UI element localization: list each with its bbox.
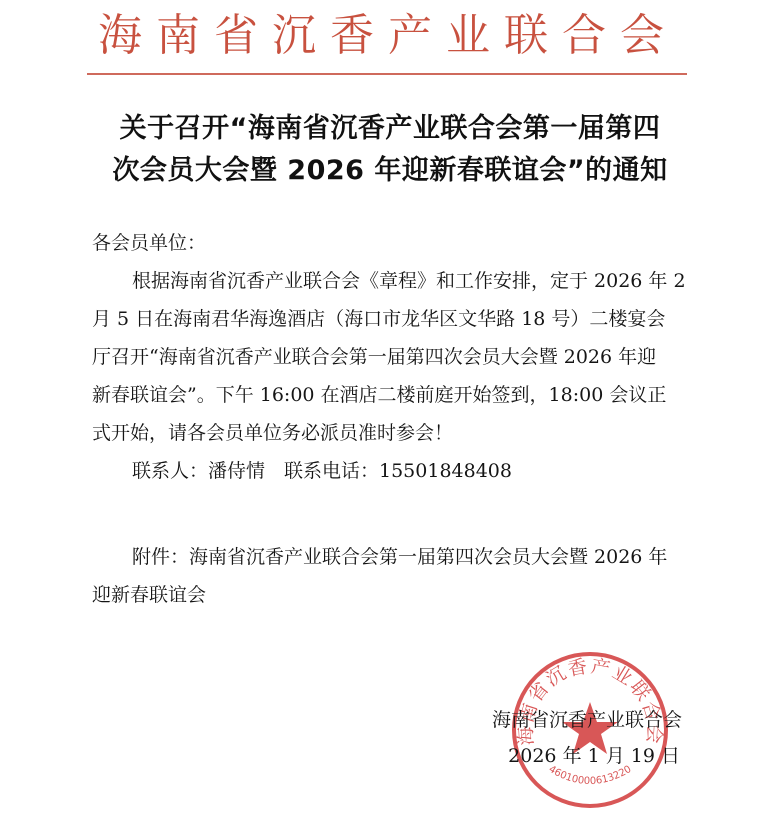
paragraph-line: 根据海南省沉香产业联合会《章程》和工作安排，定于 2026 年 2: [92, 262, 692, 300]
notice-title: 关于召开“海南省沉香产业联合会第一届第四 次会员大会暨 2026 年迎新春联谊会…: [90, 108, 690, 192]
signature-organization: 海南省沉香产业联合会: [492, 702, 682, 738]
paragraph-line: 式开始，请各会员单位务必派员准时参会！: [92, 414, 692, 452]
contact-line: 联系人：潘侍情 联系电话：15501848408: [92, 452, 692, 490]
attachment-line-1: 附件：海南省沉香产业联合会第一届第四次会员大会暨 2026 年: [92, 538, 692, 576]
masthead-divider: [87, 73, 687, 75]
salutation: 各会员单位：: [92, 224, 692, 262]
attachment-line-2: 迎新春联谊会: [92, 576, 692, 614]
paragraph-line: 厅召开“海南省沉香产业联合会第一届第四次会员大会暨 2026 年迎: [92, 338, 692, 376]
signature-block: 海南省沉香产业联合会 2026 年 1 月 19 日: [492, 702, 682, 774]
title-line-1: 关于召开“海南省沉香产业联合会第一届第四: [90, 108, 690, 150]
paragraph-line: 新春联谊会”。下午 16:00 在酒店二楼前庭开始签到，18:00 会议正: [92, 376, 692, 414]
attachment: 附件：海南省沉香产业联合会第一届第四次会员大会暨 2026 年 迎新春联谊会: [92, 538, 692, 614]
notice-body: 各会员单位： 根据海南省沉香产业联合会《章程》和工作安排，定于 2026 年 2…: [92, 224, 692, 490]
signature-date: 2026 年 1 月 19 日: [492, 738, 682, 774]
paragraph-line: 月 5 日在海南君华海逸酒店（海口市龙华区文华路 18 号）二楼宴会: [92, 300, 692, 338]
title-line-2: 次会员大会暨 2026 年迎新春联谊会”的通知: [90, 150, 690, 192]
masthead-organization: 海南省沉香产业联合会: [88, 8, 688, 64]
